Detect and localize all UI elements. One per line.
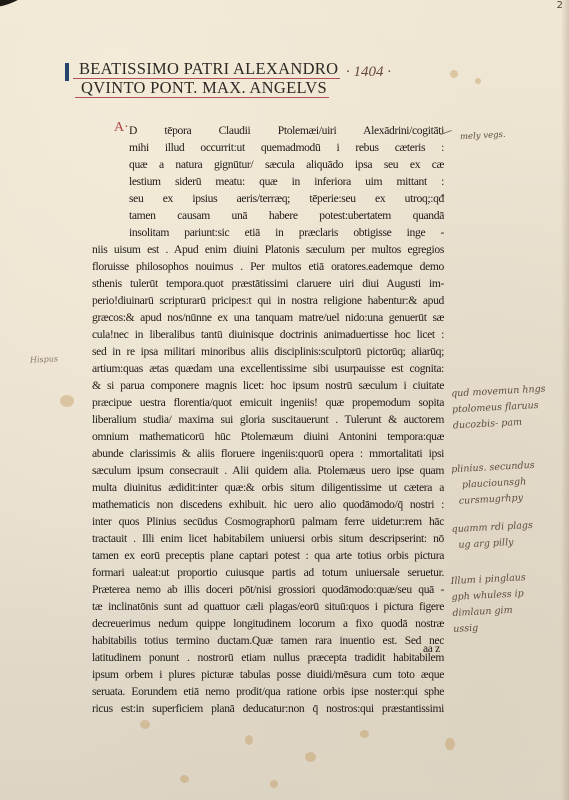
- text-line: omnium mathematicorū hūc Ptolemæum diuin…: [92, 428, 444, 445]
- text-line: tamen causam unā habere potest:ubertatem…: [112, 207, 444, 224]
- foxing-stain: [360, 730, 369, 738]
- text-line: seu ex ipsius aeris/terræq; tēperie:seu …: [112, 190, 444, 207]
- text-line: insolitam pariunt:sic etiā in præclaris …: [112, 224, 444, 241]
- body-text: D tēpora Claudii Ptolemæi/uiri Alexādrin…: [92, 122, 444, 717]
- right-margin-note-2: qud movemun hngs ptolomeus flaruus ducoz…: [451, 382, 548, 435]
- foxing-stain: [270, 780, 278, 788]
- text-line: ricus est:in superficiem planā deducatur…: [92, 700, 444, 717]
- page-edge-shadow: [561, 0, 569, 800]
- text-line: latitudinem ponunt . nostrorū etiam null…: [92, 649, 444, 666]
- text-line: sed in re ipsa militari minoribus aliis …: [92, 343, 444, 360]
- text-line: mihi illud occurrit:ut quemadmodū i rebu…: [112, 139, 444, 156]
- foxing-stain: [180, 775, 189, 783]
- text-line: Præterea nemo ab illis doceri pōt/nisi g…: [92, 581, 444, 598]
- text-line: præcipue uestra florentia/quot emicuit i…: [92, 394, 444, 411]
- foxing-stain: [445, 738, 455, 750]
- text-line: lestium siderū meatu: quæ in inferiora u…: [112, 173, 444, 190]
- text-line: niis uisum est . Apud enim diuini Platon…: [92, 241, 444, 258]
- text-line: mathematicis non discedens exhibuit. hic…: [92, 496, 444, 513]
- text-line: tractauit . Illi enim licet habitabilem …: [92, 530, 444, 547]
- foxing-stain: [450, 70, 458, 78]
- text-line: tamen ex eorū preceptis plane captari po…: [92, 547, 444, 564]
- paragraph-mark-icon: [65, 63, 69, 81]
- text-line: & si parua componere magnis licet: hoc i…: [92, 377, 444, 394]
- document-page: 2 BEATISSIMO PATRI ALEXANDRO QVINTO PONT…: [0, 0, 569, 800]
- corner-shadow: [0, 0, 32, 13]
- text-line: decreuerimus nedum quippe longitudinem l…: [92, 615, 444, 632]
- heading-line-2: QVINTO PONT. MAX. ANGELVS: [75, 79, 329, 98]
- text-line: græcos:& apud nos/nūnne ex una tanquam m…: [92, 309, 444, 326]
- text-line: formari ualeat:ut proportio cuiusque par…: [92, 564, 444, 581]
- text-line: artium:quas ætas quædam una excellentiss…: [92, 360, 444, 377]
- right-margin-note-3: plinius. secundus plauciounsgh cursmugrh…: [451, 458, 537, 510]
- foxing-stain: [245, 735, 253, 745]
- heading-year-annotation: · 1404 ·: [346, 64, 391, 81]
- foxing-stain: [140, 720, 150, 729]
- text-line: abunde clarissimis & aliis floruere inge…: [92, 445, 444, 462]
- foxing-stain: [475, 78, 481, 84]
- text-line: quæ a natura gignūtur/ sæcula aliquādo i…: [112, 156, 444, 173]
- foxing-stain: [60, 395, 74, 407]
- text-line: seruata. Eorundem etiā nemo prodit/qua r…: [92, 683, 444, 700]
- text-line: sæculum ipsum consecrauit . Alii quidem …: [92, 462, 444, 479]
- text-line: multa diuinitus ædidit:inter quæ:& orbis…: [92, 479, 444, 496]
- heading-block: BEATISSIMO PATRI ALEXANDRO QVINTO PONT. …: [73, 60, 373, 98]
- signature-mark: aa z: [423, 643, 440, 655]
- text-line: sthenis tulerūt tempora.quot præstātissi…: [92, 275, 444, 292]
- text-line: D tēpora Claudii Ptolemæi/uiri Alexādrin…: [112, 122, 444, 139]
- right-margin-note-5: Illum i pinglaus gph whuless ip dimlaun …: [450, 570, 528, 638]
- text-line: floruisse philosophos nouimus . Per mult…: [92, 258, 444, 275]
- left-margin-note: Hispus: [30, 351, 59, 368]
- text-line: perio!diuinarū scripturarū pricipes:t qu…: [92, 292, 444, 309]
- text-line: ipsum orbem i plures picturæ tabulas pos…: [92, 666, 444, 683]
- text-line: liberalium studia/ maxima sui gloria sus…: [92, 411, 444, 428]
- text-line: habitabilis totius termino ductam.Quæ ta…: [92, 632, 444, 649]
- foxing-stain: [305, 752, 316, 762]
- heading-line-1: BEATISSIMO PATRI ALEXANDRO: [73, 60, 340, 79]
- right-margin-note-4: quamm rdi plags ug arg pilly: [451, 518, 534, 554]
- right-margin-note-1: mely vegs.: [460, 127, 506, 145]
- text-line: cula!nec in liberalibus tantū diuinisque…: [92, 326, 444, 343]
- text-line: tæ inclinatōnis sunt ad quattuor cæli pl…: [92, 598, 444, 615]
- text-line: inter quos Plinius secūdus Cosmographorū…: [92, 513, 444, 530]
- corner-page-mark: 2: [557, 0, 563, 11]
